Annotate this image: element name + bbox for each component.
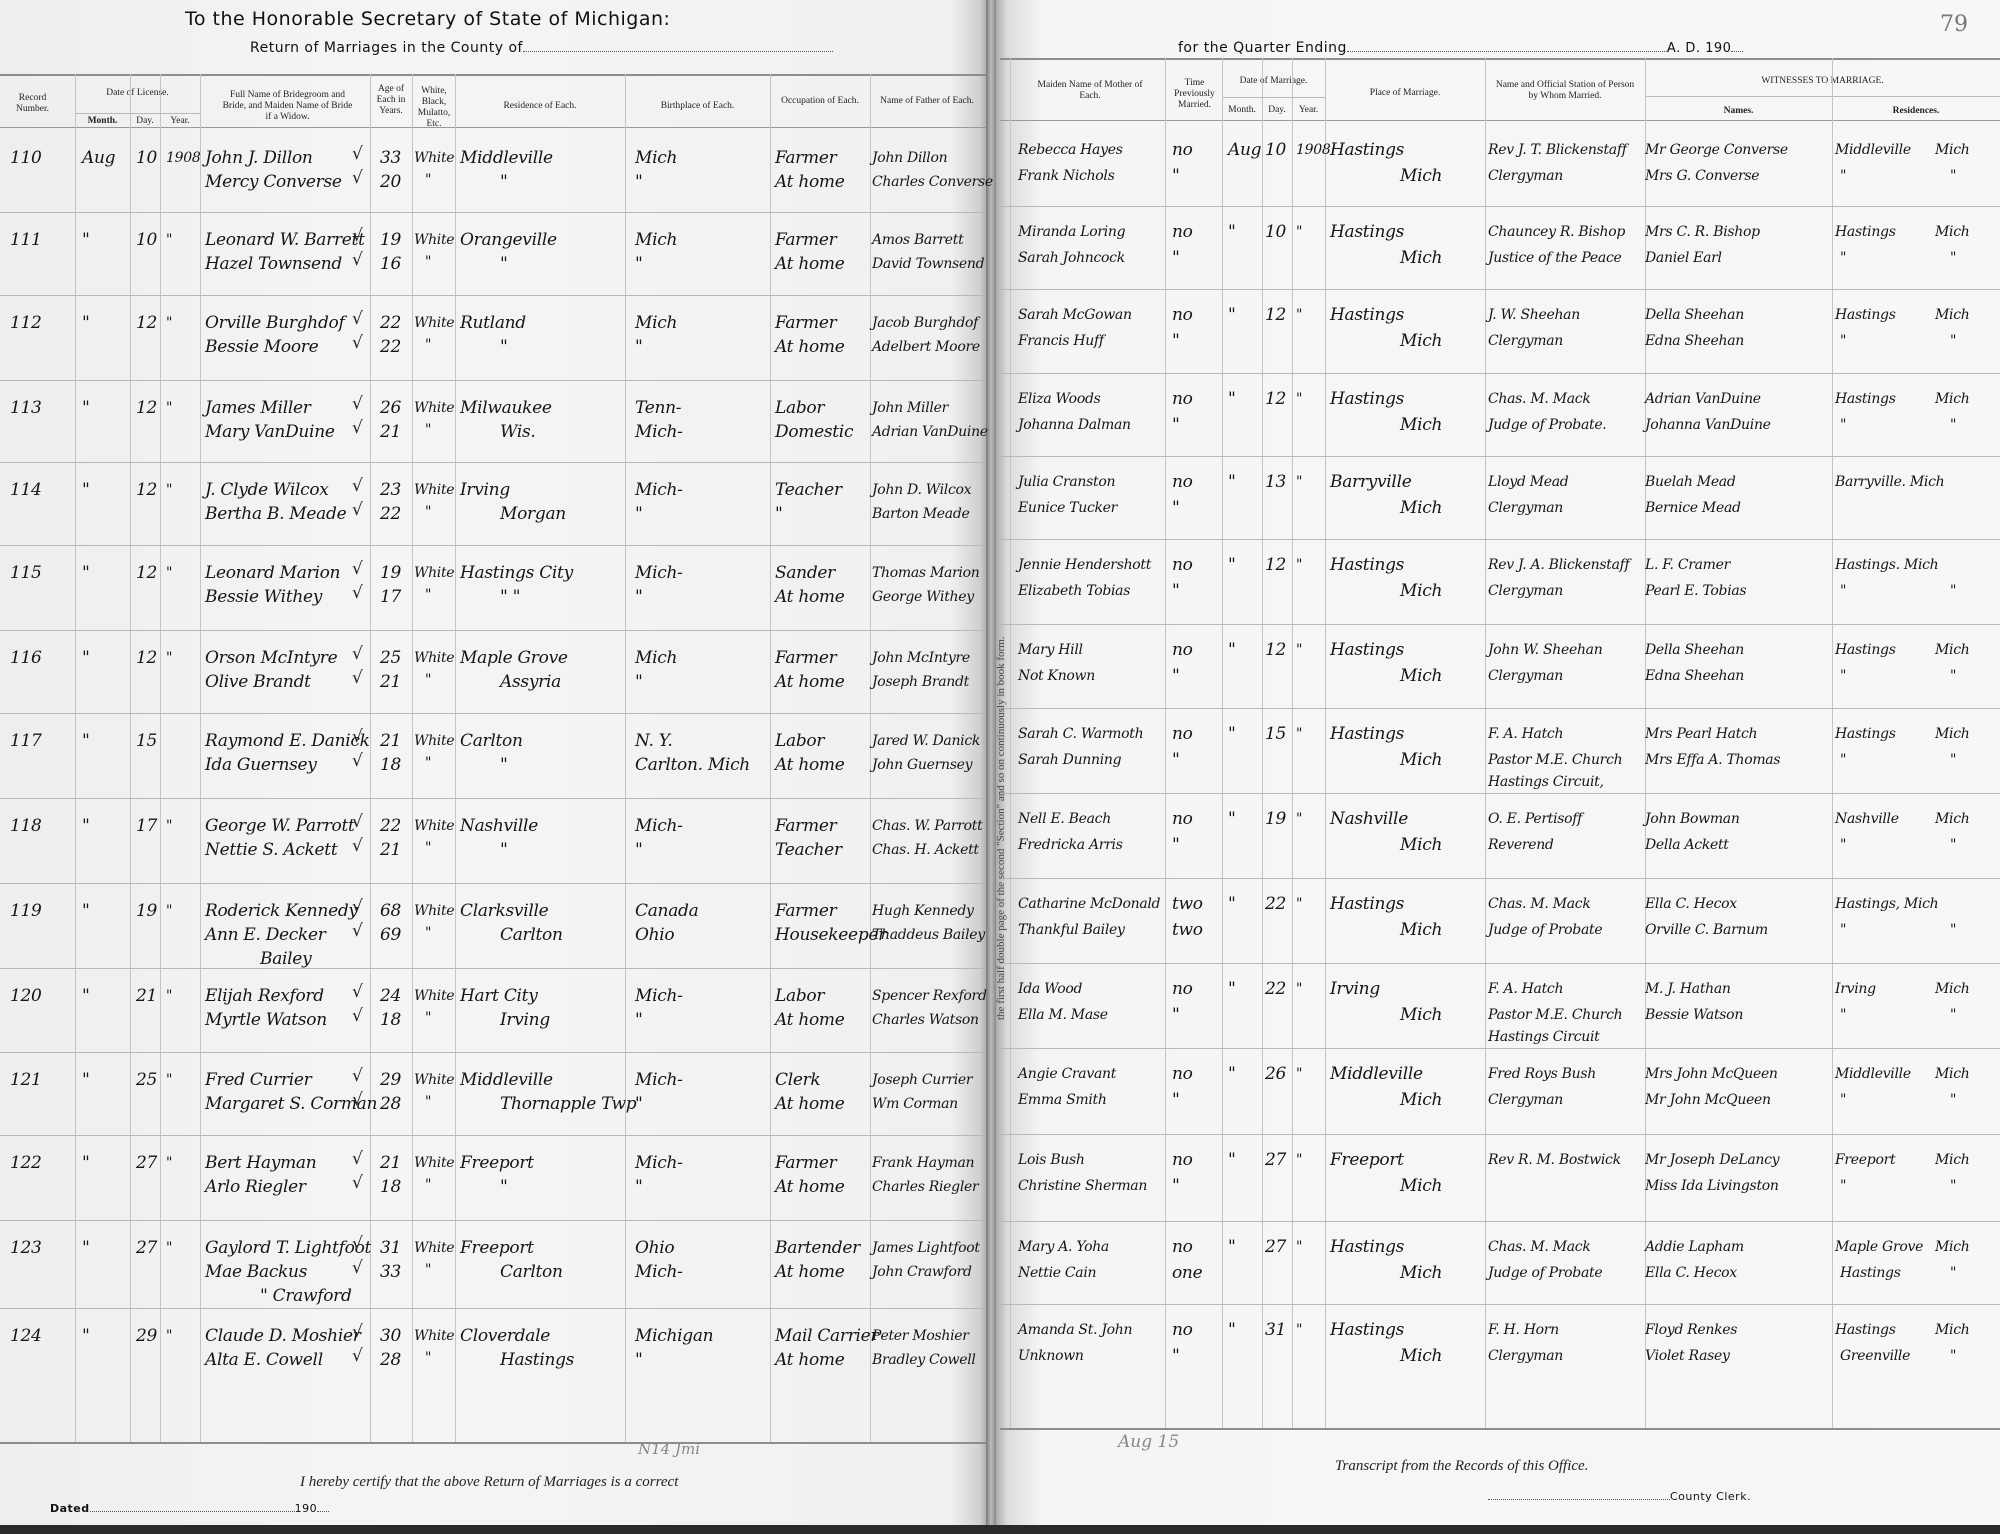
marriage-place-city: Irving <box>1330 979 1380 999</box>
book-bottom-edge <box>0 1525 2000 1534</box>
bride-occupation: Domestic <box>775 422 853 442</box>
document-title: To the Honorable Secretary of State of M… <box>185 8 670 30</box>
witness-2-name: Violet Rasey <box>1645 1348 1730 1364</box>
license-year: " <box>166 232 172 248</box>
margin-instruction-note: the first half double page of the second… <box>995 636 1007 1020</box>
witness-1-residence: Hastings <box>1835 1322 1896 1338</box>
bride-mother: Johanna Dalman <box>1018 417 1131 433</box>
marriage-year: " <box>1296 224 1302 240</box>
witness-2-residence: Hastings <box>1840 1265 1901 1281</box>
bride-name: Olive Brandt <box>205 672 311 692</box>
bride-name: Myrtle Watson <box>205 1010 327 1030</box>
row-rule <box>0 883 986 884</box>
header-occupation: Occupation of Each. <box>775 96 865 107</box>
license-day: 12 <box>136 480 157 500</box>
bride-occupation: At home <box>775 587 844 607</box>
groom-mother: Eliza Woods <box>1018 391 1101 407</box>
license-year: " <box>166 1240 172 1256</box>
witness-2-residence: " <box>1840 752 1846 768</box>
officiant-name: John W. Sheehan <box>1488 642 1602 658</box>
groom-father: Joseph Currier <box>872 1072 972 1088</box>
bride-residence: Morgan <box>500 504 566 524</box>
record-number: 120 <box>10 986 42 1006</box>
groom-residence: Nashville <box>460 816 538 836</box>
officiant-title: Clergyman <box>1488 668 1563 684</box>
officiant-name: Chas. M. Mack <box>1488 391 1591 407</box>
witness-1-state: Mich <box>1935 981 1969 997</box>
marriage-place-state: Mich <box>1400 581 1442 601</box>
marriage-day: 13 <box>1265 472 1286 492</box>
license-year: " <box>166 988 172 1004</box>
transcript-text: Transcript from the Records of this Offi… <box>1335 1458 1588 1475</box>
row-rule <box>1000 878 2000 879</box>
groom-mother: Mary Hill <box>1018 642 1083 658</box>
record-number: 124 <box>10 1326 42 1346</box>
marriage-place-city: Hastings <box>1330 222 1404 242</box>
groom-birthplace: Mich- <box>635 816 683 836</box>
witness-2-name: Orville C. Barnum <box>1645 922 1768 938</box>
groom-age: 25 <box>380 648 401 668</box>
groom-prev-married: no <box>1172 1064 1193 1084</box>
marriage-day: 19 <box>1265 809 1286 829</box>
bride-age: 28 <box>380 1350 401 1370</box>
witness-2-name: Miss Ida Livingston <box>1645 1178 1779 1194</box>
groom-father: John D. Wilcox <box>872 482 971 498</box>
witness-2-name: Pearl E. Tobias <box>1645 583 1746 599</box>
groom-check-icon: √ <box>352 982 363 1002</box>
row-rule <box>0 212 986 213</box>
officiant-title: Justice of the Peace <box>1488 250 1621 266</box>
bride-father: Adelbert Moore <box>872 339 980 355</box>
bride-name: Bessie Moore <box>205 337 318 357</box>
officiant-title: Clergyman <box>1488 333 1563 349</box>
witness-1-residence: Freeport <box>1835 1152 1895 1168</box>
witness-1-name: Adrian VanDuine <box>1645 391 1761 407</box>
bride-mother: Fredricka Arris <box>1018 837 1123 853</box>
row-rule <box>0 713 986 714</box>
witness-2-name: Edna Sheehan <box>1645 333 1744 349</box>
groom-race: White <box>414 903 454 919</box>
county-clerk-signature-field[interactable] <box>1488 1499 1670 1500</box>
marriage-day: 22 <box>1265 979 1286 999</box>
marriage-place-city: Hastings <box>1330 305 1404 325</box>
dated-line: Dated190 <box>50 1502 329 1515</box>
marriage-month: " <box>1228 1320 1236 1340</box>
bride-birthplace: Mich- <box>635 1262 683 1282</box>
bride-age: 20 <box>380 172 401 192</box>
officiant-name: Chas. M. Mack <box>1488 896 1591 912</box>
license-month: Aug <box>82 148 115 168</box>
groom-name: Orson McIntyre <box>205 648 337 668</box>
record-number: 119 <box>10 901 42 921</box>
groom-mother: Rebecca Hayes <box>1018 142 1123 158</box>
marriage-place-city: Hastings <box>1330 640 1404 660</box>
groom-birthplace: Mich <box>635 230 677 250</box>
groom-race: White <box>414 1155 454 1171</box>
bride-age: 22 <box>380 337 401 357</box>
groom-occupation: Farmer <box>775 1153 836 1173</box>
groom-occupation: Mail Carrier <box>775 1326 878 1346</box>
groom-father: Thomas Marion <box>872 565 979 581</box>
license-year: " <box>166 1072 172 1088</box>
witness-1-name: Ella C. Hecox <box>1645 896 1737 912</box>
witness-2-state: " <box>1950 668 1956 684</box>
witness-1-state: Mich <box>1935 1239 1969 1255</box>
bride-race: " <box>425 672 431 688</box>
groom-residence: Milwaukee <box>460 398 552 418</box>
record-number: 115 <box>10 563 42 583</box>
witness-1-name: Mr George Converse <box>1645 142 1788 158</box>
witness-2-name: Johanna VanDuine <box>1645 417 1771 433</box>
groom-check-icon: √ <box>352 1149 363 1169</box>
bride-mother: Eunice Tucker <box>1018 500 1117 516</box>
groom-occupation: Farmer <box>775 230 836 250</box>
bride-father: John Guernsey <box>872 757 972 773</box>
marriage-day: 12 <box>1265 305 1286 325</box>
bride-check-icon: √ <box>352 583 363 603</box>
bride-race: " <box>425 504 431 520</box>
groom-race: White <box>414 1328 454 1344</box>
header-license-day: Day. <box>130 116 160 127</box>
bride-name: Arlo Riegler <box>205 1177 306 1197</box>
witness-1-residence: Hastings, Mich <box>1835 896 1938 912</box>
marriage-place-state: Mich <box>1400 666 1442 686</box>
bride-race: " <box>425 1094 431 1110</box>
county-line: Return of Marriages in the County of <box>250 40 833 56</box>
county-field[interactable] <box>523 51 833 52</box>
license-day: 17 <box>136 816 157 836</box>
groom-age: 23 <box>380 480 401 500</box>
groom-name: J. Clyde Wilcox <box>205 480 329 500</box>
bride-name: Alta E. Cowell <box>205 1350 323 1370</box>
groom-occupation: Farmer <box>775 816 836 836</box>
license-day: 27 <box>136 1238 157 1258</box>
bride-race: " <box>425 840 431 856</box>
witness-2-state: " <box>1950 1092 1956 1108</box>
license-day: 15 <box>136 731 157 751</box>
bride-age: 16 <box>380 254 401 274</box>
witness-1-state: Mich <box>1935 1152 1969 1168</box>
groom-prev-married: no <box>1172 1237 1193 1257</box>
bride-age: 18 <box>380 1010 401 1030</box>
marriage-day: 15 <box>1265 724 1286 744</box>
bride-occupation: At home <box>775 254 844 274</box>
column-rule <box>412 74 413 1442</box>
officiant-title: Reverend <box>1488 837 1554 853</box>
officiant-name: O. E. Pertisoff <box>1488 811 1582 827</box>
marriage-month: " <box>1228 305 1236 325</box>
groom-occupation: Farmer <box>775 313 836 333</box>
witness-2-residence: " <box>1840 1007 1846 1023</box>
bride-prev-married: one <box>1172 1263 1202 1283</box>
bride-maiden-name: Bailey <box>260 949 311 969</box>
groom-check-icon: √ <box>352 226 363 246</box>
bride-age: 69 <box>380 925 401 945</box>
groom-residence: Freeport <box>460 1238 534 1258</box>
bride-occupation: At home <box>775 1262 844 1282</box>
groom-residence: Orangeville <box>460 230 557 250</box>
bride-father: Thaddeus Bailey <box>872 927 985 943</box>
bride-race: " <box>425 755 431 771</box>
bride-birthplace: " <box>635 254 643 274</box>
witness-2-residence: " <box>1840 333 1846 349</box>
footer-rule-right <box>1000 1428 2000 1430</box>
marriage-year: " <box>1296 726 1302 742</box>
dated-field[interactable] <box>90 1511 295 1512</box>
officiant-name: Rev J. A. Blickenstaff <box>1488 557 1629 573</box>
bride-mother: Christine Sherman <box>1018 1178 1147 1194</box>
bride-occupation: At home <box>775 337 844 357</box>
marriage-date-sub-rule <box>1222 97 1325 98</box>
bride-father: George Withey <box>872 589 974 605</box>
license-year: " <box>166 315 172 331</box>
witness-2-state: " <box>1950 922 1956 938</box>
bride-father: Barton Meade <box>872 506 969 522</box>
bride-age: 21 <box>380 672 401 692</box>
bride-check-icon: √ <box>352 836 363 856</box>
officiant-name: F. H. Horn <box>1488 1322 1559 1338</box>
witness-1-state: Mich <box>1935 642 1969 658</box>
officiant-name: Lloyd Mead <box>1488 474 1568 490</box>
bride-mother: Thankful Bailey <box>1018 922 1125 938</box>
header-witness-names: Names. <box>1645 106 1832 117</box>
groom-age: 26 <box>380 398 401 418</box>
license-month: " <box>82 480 90 500</box>
license-month: " <box>82 230 90 250</box>
groom-mother: Jennie Hendershott <box>1018 557 1151 573</box>
bride-race: " <box>425 925 431 941</box>
groom-prev-married: no <box>1172 1320 1193 1340</box>
groom-father: Peter Moshier <box>872 1328 969 1344</box>
bride-father: Chas. H. Ackett <box>872 842 979 858</box>
marriage-place-city: Hastings <box>1330 140 1404 160</box>
header-marriage-day: Day. <box>1262 105 1292 116</box>
bride-mother: Francis Huff <box>1018 333 1104 349</box>
column-rule <box>1165 58 1166 1428</box>
license-year: " <box>166 1328 172 1344</box>
header-race: White, Black, Mulatto, Etc. <box>414 86 454 130</box>
officiant-name: Fred Roys Bush <box>1488 1066 1596 1082</box>
bride-residence: " <box>500 254 508 274</box>
witness-sub-rule <box>1645 96 2000 97</box>
license-year: " <box>166 650 172 666</box>
bride-check-icon: √ <box>352 1090 363 1110</box>
bride-occupation: At home <box>775 1010 844 1030</box>
header-top-rule <box>0 74 986 76</box>
license-month: " <box>82 901 90 921</box>
marriage-day: 31 <box>1265 1320 1286 1340</box>
witness-2-name: Edna Sheehan <box>1645 668 1744 684</box>
bride-birthplace: " <box>635 1010 643 1030</box>
marriage-year: " <box>1296 811 1302 827</box>
marriage-year: " <box>1296 1066 1302 1082</box>
bride-occupation: Teacher <box>775 840 842 860</box>
marriage-month: " <box>1228 979 1236 999</box>
header-bottom-rule-right <box>1000 120 2000 121</box>
marriage-place-city: Nashville <box>1330 809 1408 829</box>
license-day: 12 <box>136 313 157 333</box>
marriage-day: 26 <box>1265 1064 1286 1084</box>
bride-prev-married: " <box>1172 248 1180 268</box>
groom-occupation: Farmer <box>775 648 836 668</box>
groom-birthplace: Mich <box>635 648 677 668</box>
marriage-year: " <box>1296 1239 1302 1255</box>
bride-prev-married: " <box>1172 1005 1180 1025</box>
license-day: 12 <box>136 398 157 418</box>
witness-2-state: " <box>1950 168 1956 184</box>
bride-birthplace: Carlton. Mich <box>635 755 750 775</box>
dated-year-field <box>317 1511 329 1512</box>
bride-occupation: " <box>775 504 783 524</box>
witness-1-residence: Hastings <box>1835 224 1896 240</box>
marriage-year: 1908 <box>1296 142 1330 158</box>
witness-2-residence: " <box>1840 417 1846 433</box>
marriage-place-city: Hastings <box>1330 389 1404 409</box>
groom-age: 31 <box>380 1238 401 1258</box>
bride-mother: Elizabeth Tobias <box>1018 583 1130 599</box>
marriage-place-state: Mich <box>1400 1005 1442 1025</box>
bride-prev-married: " <box>1172 331 1180 351</box>
marriage-day: 12 <box>1265 389 1286 409</box>
bride-check-icon: √ <box>352 418 363 438</box>
witness-1-state: Mich <box>1935 224 1969 240</box>
witness-2-residence: " <box>1840 583 1846 599</box>
groom-check-icon: √ <box>352 559 363 579</box>
column-rule <box>1010 58 1011 1428</box>
groom-father: Jacob Burghdof <box>872 315 978 331</box>
groom-race: White <box>414 733 454 749</box>
bride-prev-married: " <box>1172 415 1180 435</box>
marriage-month: " <box>1228 1237 1236 1257</box>
groom-mother: Miranda Loring <box>1018 224 1125 240</box>
bride-father: Charles Watson <box>872 1012 979 1028</box>
witness-1-name: M. J. Hathan <box>1645 981 1731 997</box>
header-marriage-month: Month. <box>1222 105 1262 116</box>
marriage-year: " <box>1296 642 1302 658</box>
bride-father: David Townsend <box>872 256 984 272</box>
groom-check-icon: √ <box>352 309 363 329</box>
groom-occupation: Labor <box>775 986 824 1006</box>
header-mother: Maiden Name of Mother of Each. <box>1030 80 1150 102</box>
bride-prev-married: " <box>1172 498 1180 518</box>
bride-race: " <box>425 337 431 353</box>
row-rule <box>1000 1221 2000 1222</box>
row-rule <box>0 462 986 463</box>
record-number: 123 <box>10 1238 42 1258</box>
marriage-place-state: Mich <box>1400 248 1442 268</box>
groom-check-icon: √ <box>352 1322 363 1342</box>
license-month: " <box>82 563 90 583</box>
marriage-year: " <box>1296 474 1302 490</box>
groom-name: Orville Burghdof <box>205 313 344 333</box>
license-month: " <box>82 313 90 333</box>
page-number: 79 <box>1940 12 1968 37</box>
groom-birthplace: Mich- <box>635 1153 683 1173</box>
marriage-place-state: Mich <box>1400 498 1442 518</box>
groom-residence: Maple Grove <box>460 648 568 668</box>
bride-prev-married: two <box>1172 920 1203 940</box>
witness-2-residence: " <box>1840 250 1846 266</box>
groom-residence: Hastings City <box>460 563 573 583</box>
bride-residence: Carlton <box>500 925 563 945</box>
groom-father: John Dillon <box>872 150 947 166</box>
column-rule <box>160 74 161 1442</box>
groom-birthplace: Mich <box>635 313 677 333</box>
license-day: 19 <box>136 901 157 921</box>
witness-1-state: Mich <box>1935 811 1969 827</box>
groom-name: Raymond E. Danick <box>205 731 370 751</box>
groom-name: Claude D. Moshier <box>205 1326 361 1346</box>
groom-residence: Rutland <box>460 313 526 333</box>
bride-check-icon: √ <box>352 751 363 771</box>
officiant-title: Pastor M.E. Church <box>1488 752 1622 768</box>
license-day: 21 <box>136 986 157 1006</box>
bride-age: 28 <box>380 1094 401 1114</box>
groom-mother: Ida Wood <box>1018 981 1082 997</box>
row-rule <box>0 798 986 799</box>
groom-name: Leonard Marion <box>205 563 340 583</box>
witness-2-state: " <box>1950 250 1956 266</box>
officiant-title: Judge of Probate. <box>1488 417 1606 433</box>
bride-birthplace: " <box>635 672 643 692</box>
marriage-year: " <box>1296 307 1302 323</box>
row-rule <box>0 545 986 546</box>
license-month: " <box>82 731 90 751</box>
witness-2-state: " <box>1950 1007 1956 1023</box>
bride-residence: " <box>500 755 508 775</box>
groom-prev-married: no <box>1172 140 1193 160</box>
marriage-day: 12 <box>1265 640 1286 660</box>
license-day: 27 <box>136 1153 157 1173</box>
groom-prev-married: no <box>1172 222 1193 242</box>
witness-2-name: Mrs G. Converse <box>1645 168 1759 184</box>
marriage-month: " <box>1228 1150 1236 1170</box>
marriage-place-city: Hastings <box>1330 894 1404 914</box>
groom-residence: Carlton <box>460 731 523 751</box>
record-number: 111 <box>10 230 42 250</box>
groom-birthplace: Mich- <box>635 986 683 1006</box>
officiant-title: Judge of Probate <box>1488 1265 1602 1281</box>
bride-age: 18 <box>380 1177 401 1197</box>
witness-1-state: Mich <box>1935 1322 1969 1338</box>
groom-age: 33 <box>380 148 401 168</box>
groom-race: White <box>414 565 454 581</box>
marriage-day: 12 <box>1265 555 1286 575</box>
county-clerk-line: County Clerk. <box>1488 1490 1751 1503</box>
ad-year-field[interactable] <box>1731 51 1743 52</box>
header-witnesses: WITNESSES TO MARRIAGE. <box>1645 76 2000 87</box>
witness-1-residence: Maple Grove <box>1835 1239 1923 1255</box>
pencil-note-right: Aug 15 <box>1118 1432 1179 1452</box>
quarter-ending-field[interactable] <box>1347 51 1667 52</box>
certify-text: I hereby certify that the above Return o… <box>300 1474 678 1491</box>
bride-mother: Frank Nichols <box>1018 168 1114 184</box>
row-rule <box>1000 289 2000 290</box>
witness-1-residence: Hastings <box>1835 307 1896 323</box>
groom-name: Elijah Rexford <box>205 986 324 1006</box>
groom-occupation: Farmer <box>775 901 836 921</box>
license-year: " <box>166 400 172 416</box>
marriage-year: " <box>1296 391 1302 407</box>
witness-2-residence: " <box>1840 1178 1846 1194</box>
license-month: " <box>82 816 90 836</box>
license-month: " <box>82 1153 90 1173</box>
groom-prev-married: no <box>1172 979 1193 999</box>
bride-father: Adrian VanDuine <box>872 424 988 440</box>
officiant-title: Pastor M.E. Church <box>1488 1007 1622 1023</box>
marriage-place-state: Mich <box>1400 1346 1442 1366</box>
bride-occupation: At home <box>775 1094 844 1114</box>
